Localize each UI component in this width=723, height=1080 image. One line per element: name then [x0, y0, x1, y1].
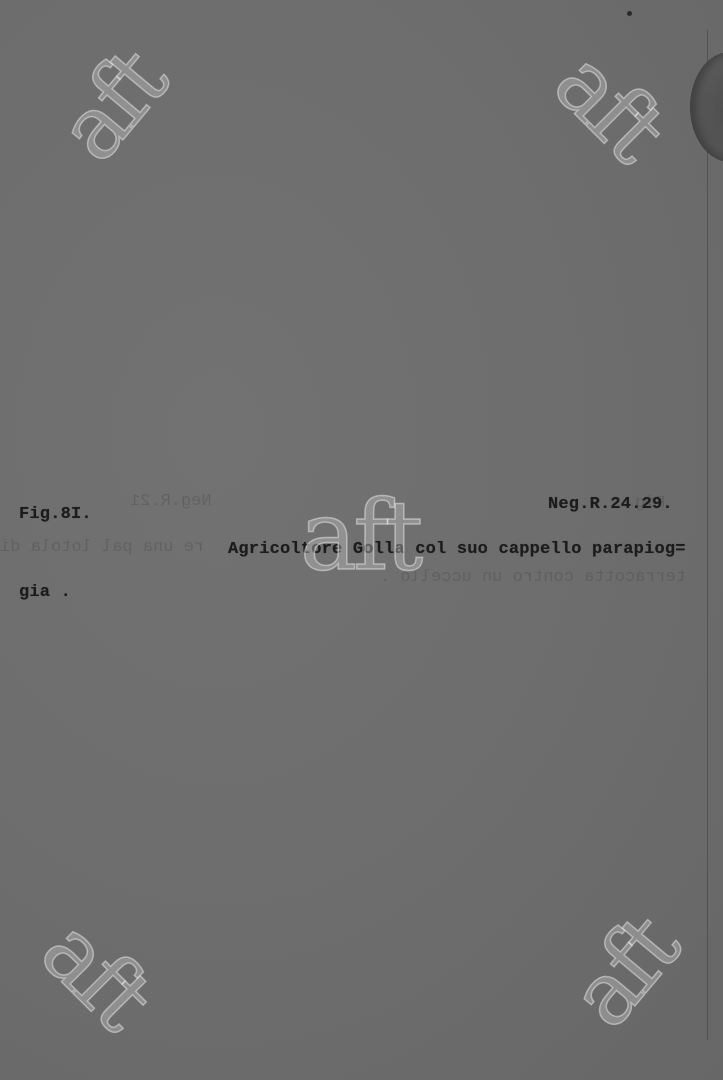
- edge-shadow-object: [690, 52, 723, 162]
- figure-label: Fig.8I.: [19, 505, 92, 524]
- bleed-through-text: terracotta contro un uccello .: [380, 568, 686, 587]
- watermark-logo: aft: [556, 902, 693, 1042]
- caption-line-1: Agricoltore Golla col suo cappello parap…: [228, 540, 686, 559]
- scanned-document-page: Neg.R.21 re una pal lotola di terracotta…: [0, 0, 723, 1080]
- bleed-through-text: re una pal lotola di: [0, 538, 204, 557]
- watermark-logo: aft: [27, 905, 166, 1044]
- page-crease-line: [707, 30, 708, 1040]
- watermark-logo: aft: [540, 37, 679, 176]
- caption-line-2: gia .: [19, 583, 71, 602]
- ink-speck: [627, 11, 632, 16]
- watermark-logo: aft: [300, 488, 419, 584]
- negative-number: Neg.R.24.29.: [548, 495, 673, 514]
- bleed-through-text: Neg.R.21: [130, 492, 212, 511]
- watermark-logo: aft: [44, 36, 181, 176]
